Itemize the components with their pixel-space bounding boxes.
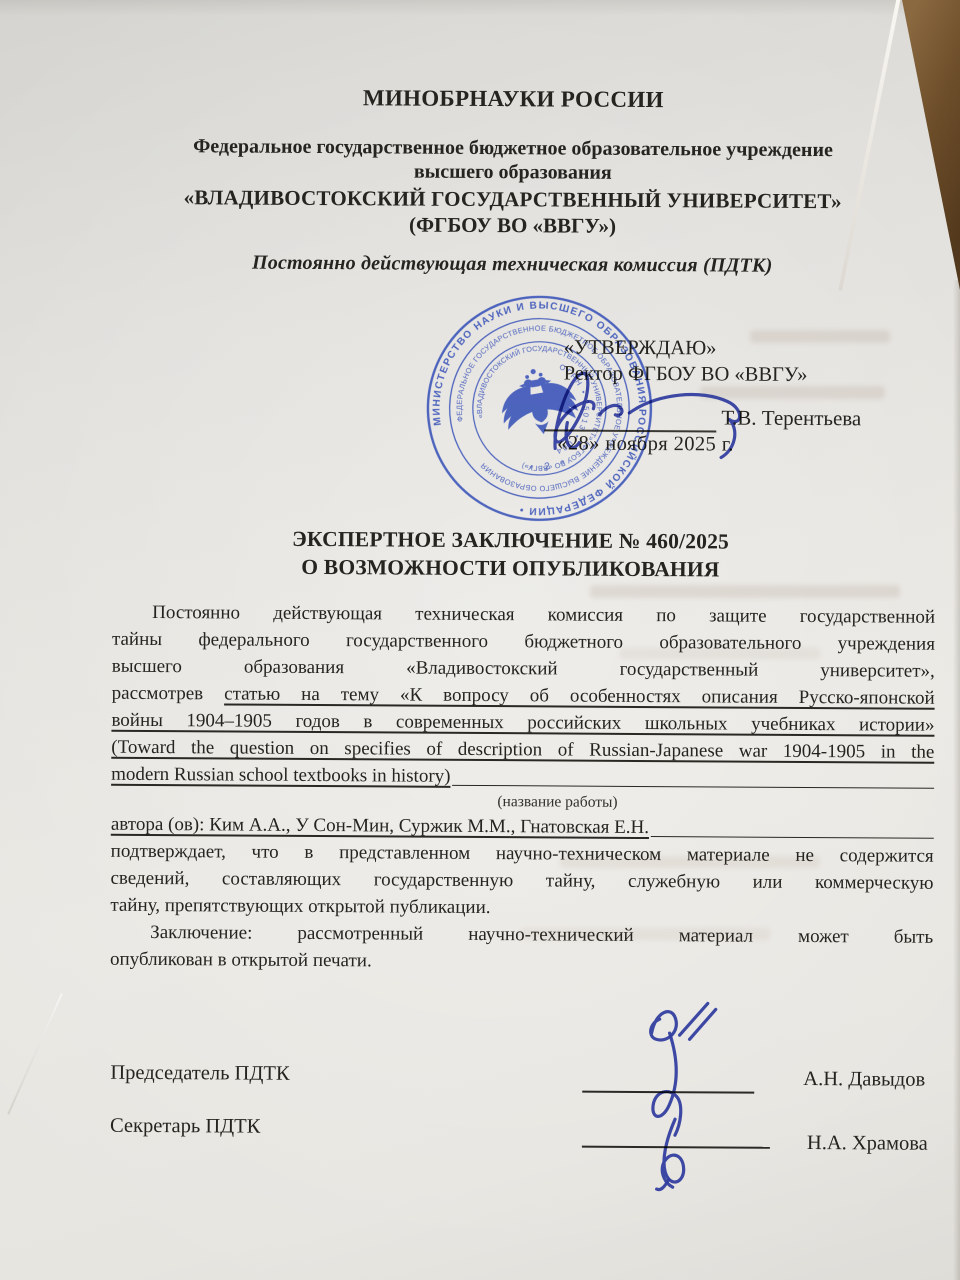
- underlined-text: modern Russian school textbooks in histo…: [111, 761, 451, 790]
- org-name-line2: высшего образования: [63, 158, 960, 186]
- ruled-line: [452, 785, 934, 789]
- underlined-text: автора (ов): Ким А.А., У Сон-Мин, Суржик…: [111, 811, 649, 841]
- body-text: Заключение: рассмотренный научно-техниче…: [150, 922, 933, 948]
- chairman-role-label: Председатель ПДТК: [110, 1062, 289, 1086]
- top-shadow: [0, 0, 960, 16]
- org-abbreviation: (ФГБОУ ВО «ВВГУ»): [62, 210, 960, 240]
- body-text: Постоянно действующая техническая комисс…: [152, 602, 935, 628]
- body-text: тайны федерального государственного бюдж…: [112, 629, 935, 655]
- underlined-text: (Toward the question on specifies of des…: [111, 737, 934, 763]
- secretary-name: Н.А. Храмова: [807, 1132, 928, 1156]
- ruled-line: [651, 836, 934, 839]
- chairman-name: А.Н. Давыдов: [803, 1068, 925, 1092]
- committee-signatures-scribble: [595, 999, 721, 1195]
- document-title-line2: О ВОЗМОЖНОСТИ ОПУБЛИКОВАНИЯ: [60, 553, 960, 583]
- body-line: modern Russian school textbooks in histo…: [111, 761, 934, 793]
- body-paragraphs: Постоянно действующая техническая комисс…: [110, 599, 935, 978]
- body-text: опубликован в открытой печати.: [110, 949, 372, 972]
- secretary-role-label: Секретарь ПДТК: [110, 1115, 260, 1139]
- body-text: тайну, препятствующих открытой публикаци…: [110, 895, 490, 918]
- body-text: (название работы): [497, 793, 617, 811]
- underlined-text: войны 1904–1905 годов в современных росс…: [111, 710, 934, 736]
- paper-edge-shadow: [953, 280, 960, 1280]
- body-line: опубликован в открытой печати.: [110, 946, 933, 978]
- document-sheet: МИНОБРНАУКИ РОССИИ Федеральное государст…: [0, 0, 960, 1280]
- rector-signature-scribble: [533, 352, 764, 468]
- underlined-text: статью на тему «К вопросу об особенностя…: [224, 683, 935, 708]
- commission-name: Постоянно действующая техническая комисс…: [62, 250, 960, 278]
- body-text: высшего образования «Владивостокский гос…: [112, 656, 935, 682]
- body-text: рассмотрев: [112, 683, 225, 705]
- ministry-name: МИНОБРНАУКИ РОССИИ: [63, 83, 960, 114]
- body-text: подтверждает, что в представленном научн…: [111, 841, 934, 867]
- document-photo: МИНОБРНАУКИ РОССИИ Федеральное государст…: [0, 0, 960, 1280]
- body-text: сведений, составляющих государственную т…: [110, 868, 933, 894]
